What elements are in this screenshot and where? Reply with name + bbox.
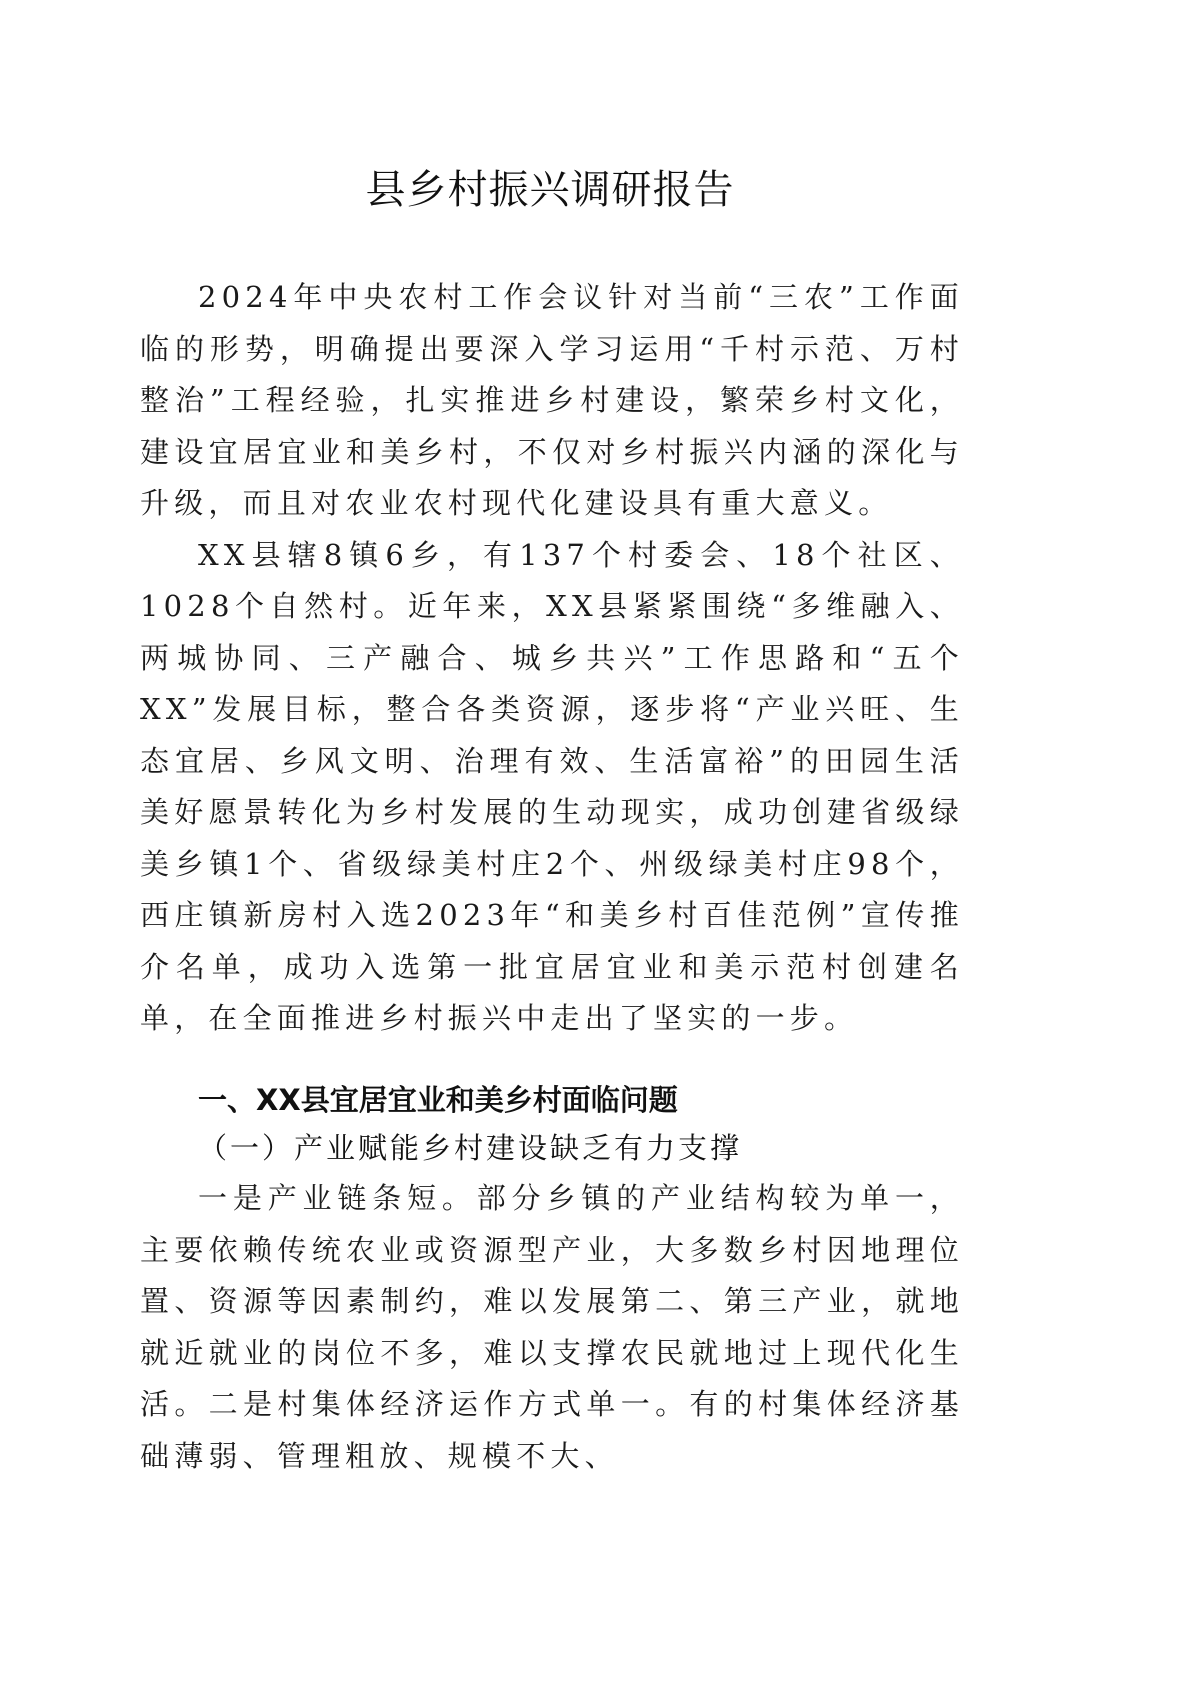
paragraph-county-overview: XX县辖8镇6乡，有137个村委会、18个社区、1028个自然村。近年来，XX县…	[140, 530, 964, 1045]
paragraph-lead: 一是产业链条短。	[198, 1181, 477, 1215]
subsection-heading: （一）产业赋能乡村建设缺乏有力支撑	[140, 1123, 964, 1175]
document-page: 县乡村振兴调研报告 2024年中央农村工作会议针对当前“三农”工作面临的形势，明…	[0, 0, 1190, 1683]
document-title: 县乡村振兴调研报告	[0, 160, 1100, 220]
subsection-body: 一是产业链条短。部分乡镇的产业结构较为单一，主要依赖传统农业或资源型产业，大多数…	[140, 1173, 964, 1482]
paragraph-industry-chain: 一是产业链条短。部分乡镇的产业结构较为单一，主要依赖传统农业或资源型产业，大多数…	[140, 1173, 964, 1482]
paragraph-text: 部分乡镇的产业结构较为单一，主要依赖传统农业或资源型产业，大多数乡村因地理位置、…	[140, 1181, 964, 1473]
paragraph-intro: 2024年中央农村工作会议针对当前“三农”工作面临的形势，明确提出要深入学习运用…	[140, 272, 964, 530]
section-heading: 一、XX县宜居宜业和美乡村面临问题	[140, 1075, 964, 1127]
intro-section: 2024年中央农村工作会议针对当前“三农”工作面临的形势，明确提出要深入学习运用…	[140, 272, 964, 1045]
